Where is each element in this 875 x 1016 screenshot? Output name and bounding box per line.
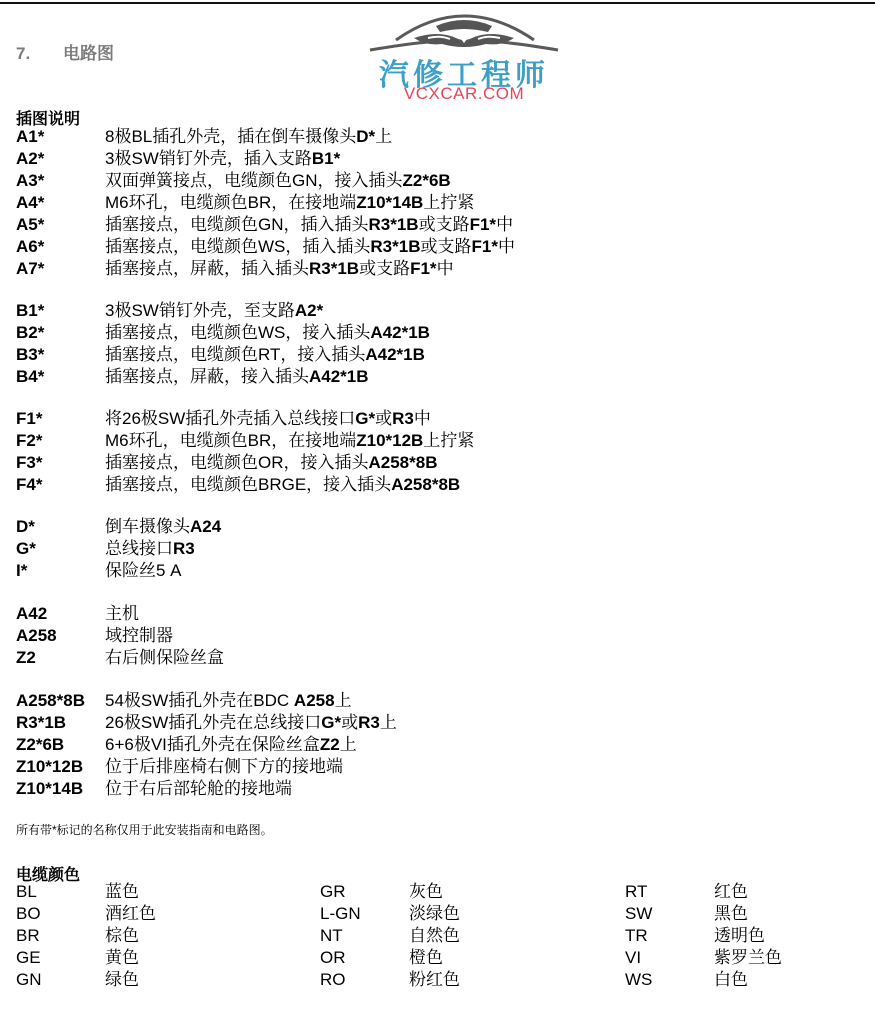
color-name: 灰色 bbox=[409, 881, 443, 903]
legend-reference: Z2*6B bbox=[403, 171, 451, 190]
legend-reference: F1* bbox=[471, 237, 497, 256]
legend-text: 8极BL插孔外壳，插在倒车摄像头 bbox=[105, 127, 356, 146]
legend-row: A7*插塞接点，屏蔽，插入插头R3*1B或支路F1*中 bbox=[16, 258, 816, 280]
legend-description: 将26极SW插孔外壳插入总线接口G*或R3中 bbox=[105, 408, 431, 430]
legend-text: 插塞接点，电缆颜色WS，接入插头 bbox=[105, 323, 370, 342]
legend-key: D* bbox=[16, 516, 105, 538]
legend-key: I* bbox=[16, 560, 105, 582]
color-name: 棕色 bbox=[105, 925, 139, 947]
legend-row: A3*双面弹簧接点，电缆颜色GN，接入插头Z2*6B bbox=[16, 170, 816, 192]
color-row: WS白色 bbox=[625, 969, 782, 991]
legend-key: A4* bbox=[16, 192, 105, 214]
legend-row: A258域控制器 bbox=[16, 625, 816, 647]
color-name: 绿色 bbox=[105, 969, 139, 991]
legend-text: 双面弹簧接点，电缆颜色GN，接入插头 bbox=[105, 171, 403, 190]
legend-row: Z10*14B位于右后部轮舱的接地端 bbox=[16, 778, 816, 800]
legend-key: B1* bbox=[16, 300, 105, 322]
legend-text: 将26极SW插孔外壳插入总线接口 bbox=[105, 409, 355, 428]
color-name: 透明色 bbox=[714, 925, 765, 947]
legend-description: 位于右后部轮舱的接地端 bbox=[105, 778, 292, 800]
legend-text: 主机 bbox=[105, 604, 139, 623]
legend-text: 插塞接点，屏蔽，插入插头 bbox=[105, 259, 309, 278]
legend-key: F2* bbox=[16, 430, 105, 452]
legend-reference: A258*8B bbox=[369, 453, 438, 472]
color-code: NT bbox=[320, 925, 409, 947]
legend-text: 右后侧保险丝盒 bbox=[105, 648, 224, 667]
color-code: WS bbox=[625, 969, 714, 991]
color-code: L-GN bbox=[320, 903, 409, 925]
legend-key: B2* bbox=[16, 322, 105, 344]
legend-key: B4* bbox=[16, 366, 105, 388]
legend-row: B3*插塞接点，电缆颜色RT，接入插头A42*1B bbox=[16, 344, 816, 366]
legend-row: A5*插塞接点，电缆颜色GN，插入插头R3*1B或支路F1*中 bbox=[16, 214, 816, 236]
color-row: GR灰色 bbox=[320, 881, 460, 903]
legend-description: 3极SW销钉外壳，插入支路B1* bbox=[105, 148, 340, 170]
section-number: 7. bbox=[16, 44, 63, 64]
legend-text: 插塞接点，电缆颜色RT，接入插头 bbox=[105, 345, 365, 364]
color-code: VI bbox=[625, 947, 714, 969]
color-name: 黑色 bbox=[714, 903, 748, 925]
color-row: VI紫罗兰色 bbox=[625, 947, 782, 969]
cable-colors-column: RT红色 SW黑色 TR透明色 VI紫罗兰色 WS白色 bbox=[625, 881, 782, 991]
legend-key: A258*8B bbox=[16, 690, 105, 712]
legend-group: F1*将26极SW插孔外壳插入总线接口G*或R3中F2*M6环孔，电缆颜色BR，… bbox=[16, 408, 816, 496]
legend-row: F2*M6环孔，电缆颜色BR，在接地端Z10*12B上拧紧 bbox=[16, 430, 816, 452]
legend-group: A258*8B54极SW插孔外壳在BDC A258上R3*1B26极SW插孔外壳… bbox=[16, 690, 816, 800]
legend-description: 插塞接点，电缆颜色WS，接入插头A42*1B bbox=[105, 322, 430, 344]
legend-text: 插塞接点，电缆颜色WS，插入插头 bbox=[105, 237, 370, 256]
legend-description: 总线接口R3 bbox=[105, 538, 195, 560]
color-name: 淡绿色 bbox=[409, 903, 460, 925]
legend-text: 上 bbox=[335, 691, 352, 710]
legend-text: 6+6极VI插孔外壳在保险丝盒 bbox=[105, 735, 320, 754]
legend-key: Z2 bbox=[16, 647, 105, 669]
legend-description: 54极SW插孔外壳在BDC A258上 bbox=[105, 690, 352, 712]
legend-row: A2*3极SW销钉外壳，插入支路B1* bbox=[16, 148, 816, 170]
legend-key: A7* bbox=[16, 258, 105, 280]
color-row: GE黄色 bbox=[16, 947, 156, 969]
legend-text: 26极SW插孔外壳在总线接口 bbox=[105, 713, 321, 732]
color-code: RO bbox=[320, 969, 409, 991]
legend-description: 3极SW销钉外壳，至支路A2* bbox=[105, 300, 323, 322]
legend-text: 3极SW销钉外壳，至支路 bbox=[105, 301, 295, 320]
color-name: 黄色 bbox=[105, 947, 139, 969]
legend-key: Z10*14B bbox=[16, 778, 105, 800]
legend-reference: Z10*12B bbox=[356, 431, 423, 450]
color-row: RT红色 bbox=[625, 881, 782, 903]
legend-row: F1*将26极SW插孔外壳插入总线接口G*或R3中 bbox=[16, 408, 816, 430]
legend-reference: A42*1B bbox=[370, 323, 430, 342]
top-rule bbox=[0, 2, 875, 4]
legend-group: D*倒车摄像头A24G*总线接口R3I*保险丝5 A bbox=[16, 516, 816, 582]
legend-reference: A42*1B bbox=[309, 367, 369, 386]
legend-key: A6* bbox=[16, 236, 105, 258]
color-row: BO酒红色 bbox=[16, 903, 156, 925]
legend-description: 插塞接点，电缆颜色RT，接入插头A42*1B bbox=[105, 344, 425, 366]
legend-group: B1*3极SW销钉外壳，至支路A2*B2*插塞接点，电缆颜色WS，接入插头A42… bbox=[16, 300, 816, 388]
legend-text: 中 bbox=[498, 237, 515, 256]
legend-key: A42 bbox=[16, 603, 105, 625]
legend-row: A6*插塞接点，电缆颜色WS，插入插头R3*1B或支路F1*中 bbox=[16, 236, 816, 258]
legend-text: 插塞接点，屏蔽，接入插头 bbox=[105, 367, 309, 386]
legend-text: 3极SW销钉外壳，插入支路 bbox=[105, 149, 312, 168]
color-row: SW黑色 bbox=[625, 903, 782, 925]
legend-row: A42主机 bbox=[16, 603, 816, 625]
legend-row: I*保险丝5 A bbox=[16, 560, 816, 582]
legend-description: 8极BL插孔外壳，插在倒车摄像头D*上 bbox=[105, 126, 392, 148]
legend-text: 位于后排座椅右侧下方的接地端 bbox=[105, 757, 343, 776]
legend-text: 中 bbox=[414, 409, 431, 428]
legend-text: 位于右后部轮舱的接地端 bbox=[105, 779, 292, 798]
legend-reference: D* bbox=[356, 127, 375, 146]
legend-key: A258 bbox=[16, 625, 105, 647]
legend-text: M6环孔，电缆颜色BR，在接地端 bbox=[105, 193, 356, 212]
legend-key: G* bbox=[16, 538, 105, 560]
legend-key: F4* bbox=[16, 474, 105, 496]
legend-reference: A24 bbox=[190, 517, 221, 536]
legend-row: B1*3极SW销钉外壳，至支路A2* bbox=[16, 300, 816, 322]
watermark-logo: 汽修工程师 VCXCAR.COM bbox=[366, 6, 562, 102]
legend-text: 插塞接点，电缆颜色OR，接入插头 bbox=[105, 453, 369, 472]
legend-description: 6+6极VI插孔外壳在保险丝盒Z2上 bbox=[105, 734, 357, 756]
legend-row: Z2*6B6+6极VI插孔外壳在保险丝盒Z2上 bbox=[16, 734, 816, 756]
legend-reference: F1* bbox=[410, 259, 436, 278]
legend-text: 总线接口 bbox=[105, 539, 173, 558]
color-code: GR bbox=[320, 881, 409, 903]
legend-description: 位于后排座椅右侧下方的接地端 bbox=[105, 756, 343, 778]
legend-row: R3*1B26极SW插孔外壳在总线接口G*或R3上 bbox=[16, 712, 816, 734]
color-name: 紫罗兰色 bbox=[714, 947, 782, 969]
color-code: BL bbox=[16, 881, 105, 903]
legend-row: B4*插塞接点，屏蔽，接入插头A42*1B bbox=[16, 366, 816, 388]
legend-description: 插塞接点，电缆颜色WS，插入插头R3*1B或支路F1*中 bbox=[105, 236, 515, 258]
legend-key: A3* bbox=[16, 170, 105, 192]
legend-text: 倒车摄像头 bbox=[105, 517, 190, 536]
legend-text: 或支路 bbox=[359, 259, 410, 278]
legend-description: 右后侧保险丝盒 bbox=[105, 647, 224, 669]
legend-description: 插塞接点，屏蔽，插入插头R3*1B或支路F1*中 bbox=[105, 258, 454, 280]
color-code: GN bbox=[16, 969, 105, 991]
legend-reference: R3 bbox=[173, 539, 195, 558]
color-row: L-GN淡绿色 bbox=[320, 903, 460, 925]
legend-row: F4*插塞接点，电缆颜色BRGE，接入插头A258*8B bbox=[16, 474, 816, 496]
legend-text: 或 bbox=[341, 713, 358, 732]
legend-row: D*倒车摄像头A24 bbox=[16, 516, 816, 538]
legend-row: A1*8极BL插孔外壳，插在倒车摄像头D*上 bbox=[16, 126, 816, 148]
legend-reference: F1* bbox=[470, 215, 496, 234]
legend-reference: R3*1B bbox=[370, 237, 420, 256]
legend-reference: G* bbox=[355, 409, 375, 428]
legend-text: 插塞接点，电缆颜色GN，插入插头 bbox=[105, 215, 369, 234]
legend-row: F3*插塞接点，电缆颜色OR，接入插头A258*8B bbox=[16, 452, 816, 474]
color-row: OR橙色 bbox=[320, 947, 460, 969]
legend-key: F3* bbox=[16, 452, 105, 474]
section-title: 电路图 bbox=[63, 44, 114, 63]
legend-key: A2* bbox=[16, 148, 105, 170]
cable-colors-column: GR灰色 L-GN淡绿色 NT自然色 OR橙色 RO粉红色 bbox=[320, 881, 460, 991]
color-row: GN绿色 bbox=[16, 969, 156, 991]
legend-key: A5* bbox=[16, 214, 105, 236]
legend-text: 中 bbox=[496, 215, 513, 234]
legend-key: B3* bbox=[16, 344, 105, 366]
legend-description: 插塞接点，电缆颜色GN，插入插头R3*1B或支路F1*中 bbox=[105, 214, 513, 236]
legend-text: 54极SW插孔外壳在BDC bbox=[105, 691, 294, 710]
legend-reference: A42*1B bbox=[365, 345, 425, 364]
legend-row: Z2右后侧保险丝盒 bbox=[16, 647, 816, 669]
legend-reference: G* bbox=[321, 713, 341, 732]
legend-description: 插塞接点，电缆颜色OR，接入插头A258*8B bbox=[105, 452, 438, 474]
legend-key: Z10*12B bbox=[16, 756, 105, 778]
legend-reference: A258 bbox=[294, 691, 335, 710]
legend-text: 上拧紧 bbox=[423, 193, 474, 212]
legend-description: 域控制器 bbox=[105, 625, 173, 647]
color-code: OR bbox=[320, 947, 409, 969]
legend-reference: R3 bbox=[358, 713, 380, 732]
legend-text: M6环孔，电缆颜色BR，在接地端 bbox=[105, 431, 356, 450]
legend-description: 插塞接点，电缆颜色BRGE，接入插头A258*8B bbox=[105, 474, 460, 496]
legend-row: Z10*12B位于后排座椅右侧下方的接地端 bbox=[16, 756, 816, 778]
legend-description: M6环孔，电缆颜色BR，在接地端Z10*12B上拧紧 bbox=[105, 430, 474, 452]
color-code: GE bbox=[16, 947, 105, 969]
legend-text: 插塞接点，电缆颜色BRGE，接入插头 bbox=[105, 475, 391, 494]
legend-reference: A2* bbox=[295, 301, 323, 320]
legend-text: 或支路 bbox=[420, 237, 471, 256]
color-code: TR bbox=[625, 925, 714, 947]
legend-key: R3*1B bbox=[16, 712, 105, 734]
legend-group: A42主机A258域控制器Z2右后侧保险丝盒 bbox=[16, 603, 816, 669]
legend-text: 上 bbox=[380, 713, 397, 732]
legend-key: Z2*6B bbox=[16, 734, 105, 756]
color-code: BO bbox=[16, 903, 105, 925]
legend-reference: A258*8B bbox=[391, 475, 460, 494]
legend-description: 保险丝5 A bbox=[105, 560, 182, 582]
legend-text: 域控制器 bbox=[105, 626, 173, 645]
legend-group: A1*8极BL插孔外壳，插在倒车摄像头D*上A2*3极SW销钉外壳，插入支路B1… bbox=[16, 126, 816, 280]
legend-description: 主机 bbox=[105, 603, 139, 625]
legend-description: 双面弹簧接点，电缆颜色GN，接入插头Z2*6B bbox=[105, 170, 451, 192]
color-row: BL蓝色 bbox=[16, 881, 156, 903]
watermark-url-text: VCXCAR.COM bbox=[366, 84, 562, 104]
legend-text: 或支路 bbox=[419, 215, 470, 234]
color-name: 白色 bbox=[714, 969, 748, 991]
legend-row: A4*M6环孔，电缆颜色BR，在接地端Z10*14B上拧紧 bbox=[16, 192, 816, 214]
legend-reference: R3 bbox=[392, 409, 414, 428]
color-name: 酒红色 bbox=[105, 903, 156, 925]
color-row: NT自然色 bbox=[320, 925, 460, 947]
legend-text: 或 bbox=[375, 409, 392, 428]
color-code: RT bbox=[625, 881, 714, 903]
legend-text: 上 bbox=[340, 735, 357, 754]
color-code: SW bbox=[625, 903, 714, 925]
color-name: 自然色 bbox=[409, 925, 460, 947]
legend-reference: B1* bbox=[312, 149, 340, 168]
legend-key: F1* bbox=[16, 408, 105, 430]
legend-key: A1* bbox=[16, 126, 105, 148]
legend-text: 上拧紧 bbox=[423, 431, 474, 450]
color-row: TR透明色 bbox=[625, 925, 782, 947]
color-code: BR bbox=[16, 925, 105, 947]
color-row: RO粉红色 bbox=[320, 969, 460, 991]
color-name: 蓝色 bbox=[105, 881, 139, 903]
color-name: 红色 bbox=[714, 881, 748, 903]
legend-reference: Z10*14B bbox=[356, 193, 423, 212]
legend-text: 保险丝5 A bbox=[105, 561, 182, 580]
legend-reference: R3*1B bbox=[309, 259, 359, 278]
color-row: BR棕色 bbox=[16, 925, 156, 947]
legend-reference: R3*1B bbox=[369, 215, 419, 234]
section-heading: 7.电路图 bbox=[16, 39, 114, 64]
legend-description: 插塞接点，屏蔽，接入插头A42*1B bbox=[105, 366, 369, 388]
legend-row: G*总线接口R3 bbox=[16, 538, 816, 560]
legend-text: 上 bbox=[375, 127, 392, 146]
color-name: 粉红色 bbox=[409, 969, 460, 991]
footnote: 所有带*标记的名称仅用于此安装指南和电路图。 bbox=[16, 821, 273, 838]
legend-row: B2*插塞接点，电缆颜色WS，接入插头A42*1B bbox=[16, 322, 816, 344]
legend-text: 中 bbox=[437, 259, 454, 278]
cable-colors-column: BL蓝色 BO酒红色 BR棕色 GE黄色 GN绿色 bbox=[16, 881, 156, 991]
legend-description: M6环孔，电缆颜色BR，在接地端Z10*14B上拧紧 bbox=[105, 192, 474, 214]
legend-row: A258*8B54极SW插孔外壳在BDC A258上 bbox=[16, 690, 816, 712]
legend-reference: Z2 bbox=[320, 735, 340, 754]
legend-description: 26极SW插孔外壳在总线接口G*或R3上 bbox=[105, 712, 397, 734]
legend-description: 倒车摄像头A24 bbox=[105, 516, 221, 538]
color-name: 橙色 bbox=[409, 947, 443, 969]
